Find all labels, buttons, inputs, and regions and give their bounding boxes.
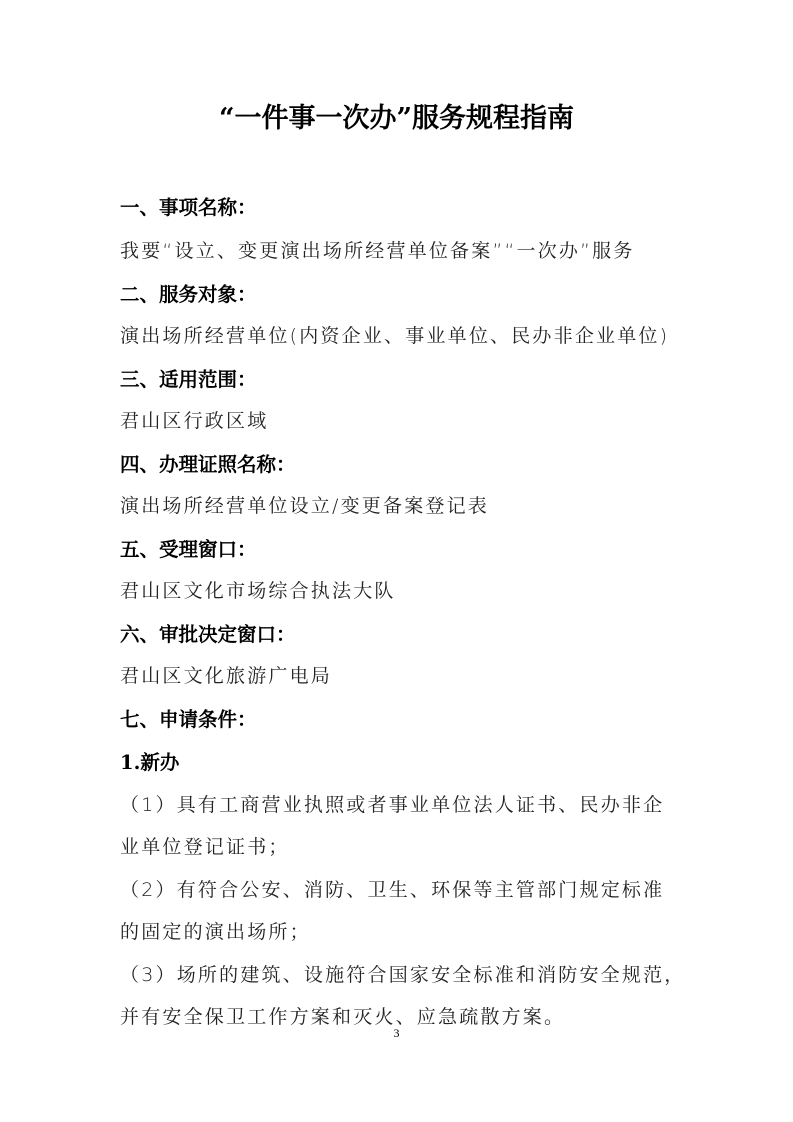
page-number: 3 <box>0 1026 793 1041</box>
document-title: “一件事一次办”服务规程指南 <box>0 96 793 135</box>
section-body-scope: 君山区行政区域 <box>120 406 268 433</box>
condition-line: 业单位登记证书； <box>120 832 290 859</box>
condition-line: （2）有符合公安、消防、卫生、环保等主管部门规定标准 <box>120 875 664 902</box>
condition-line: （3）场所的建筑、设施符合国家安全标准和消防安全规范， <box>120 960 686 987</box>
section-body-license-name: 演出场所经营单位设立/变更备案登记表 <box>120 491 489 518</box>
section-heading-approval-window: 六、审批决定窗口： <box>120 619 296 647</box>
section-heading-license-name: 四、办理证照名称： <box>120 449 296 477</box>
section-heading-conditions: 七、申请条件： <box>120 704 257 732</box>
section-heading-service-target: 二、服务对象： <box>120 279 257 307</box>
section-heading-acceptance-window: 五、受理窗口： <box>120 534 257 562</box>
section-heading-scope: 三、适用范围： <box>120 364 257 392</box>
condition-line: （1）具有工商营业执照或者事业单位法人证书、民办非企 <box>120 790 664 817</box>
document-page: “一件事一次办”服务规程指南 一、事项名称： 我要“设立、变更演出场所经营单位备… <box>0 0 793 1122</box>
condition-line: 的固定的演出场所； <box>120 917 311 944</box>
section-heading-item-name: 一、事项名称： <box>120 192 257 220</box>
section-body-service-target: 演出场所经营单位(内资企业、事业单位、民办非企业单位) <box>120 321 669 348</box>
section-body-acceptance-window: 君山区文化市场综合执法大队 <box>120 576 396 603</box>
condition-line: 并有安全保卫工作方案和灭火、应急疏散方案。 <box>120 1002 565 1029</box>
section-body-approval-window: 君山区文化旅游广电局 <box>120 661 332 688</box>
subsection-heading-new: 1.新办 <box>120 747 179 775</box>
section-body-item-name: 我要“设立、变更演出场所经营单位备案”“一次办”服务 <box>120 236 635 263</box>
